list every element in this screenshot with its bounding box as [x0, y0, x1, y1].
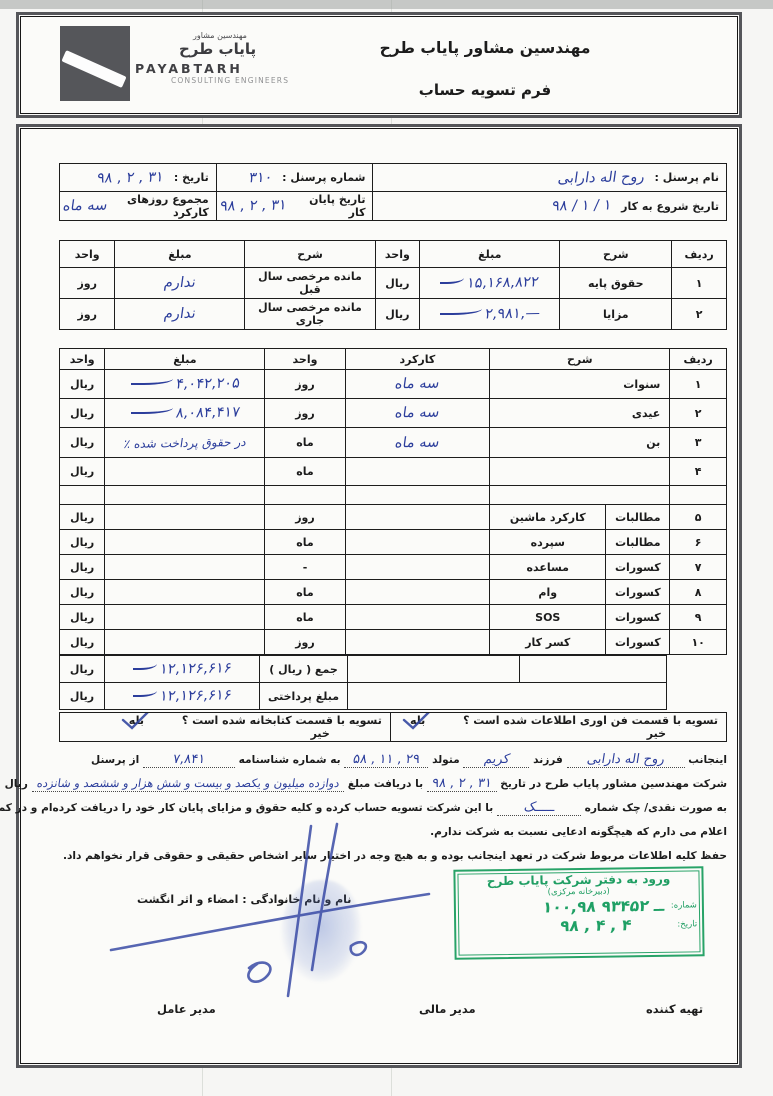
bon-amount-note: در حقوق پرداخت شده ٪ — [123, 434, 248, 450]
col-desc: شرح — [490, 349, 670, 370]
table-header-row: ردیف شرح مبلغ واحد شرح مبلغ واحد — [60, 241, 727, 268]
total-label: جمع ( ریال ) — [260, 656, 348, 683]
company-logo-icon — [60, 26, 130, 101]
eydi-amount: ۸,۰۸۴,۴۱۷ — [174, 404, 240, 421]
totals-table: جمع ( ریال ) ۱۲,۱۲۶,۶۱۶ ریال مبلغ پرداخت… — [59, 655, 667, 710]
table-row: ۵ مطالبات کارکرد ماشین روز ریال — [60, 505, 727, 530]
work-duration: سه ماه — [394, 376, 441, 393]
logo-en-name: PAYABTARH — [135, 61, 307, 76]
form-title: فرم تسویه حساب — [305, 81, 665, 99]
date-value: ۹۸ , ۲ , ۳۱ — [96, 169, 165, 186]
table-row: ۲ عیدی سه ماه روز ۸,۰۸۴,۴۱۷ ریال — [60, 399, 727, 428]
table-row: تاریخ شروع به کار۹۸ / ۱ / ۱ تاریخ پایان … — [60, 192, 727, 221]
col-unit: واحد — [60, 241, 115, 268]
table-header-row: ردیف شرح کارکرد واحد مبلغ واحد — [60, 349, 727, 370]
paid-unit: ریال — [60, 683, 105, 710]
declaration-line: شرکت مهندسین مشاور پایاب طرح در تاریخ ۹۸… — [59, 772, 727, 796]
work-duration: سه ماه — [394, 405, 441, 422]
table-row: ۶ مطالبات سپرده ماه ریال — [60, 530, 727, 555]
workdays-label: مجموع روزهای کارکرد — [117, 193, 208, 219]
paid-label: مبلغ پرداختی — [260, 683, 348, 710]
base-salary-amount: ۱۵,۱۶۸,۸۲۲ — [466, 274, 540, 291]
table-row: نام پرسنل :روح اله دارابی شماره پرسنل :۳… — [60, 164, 727, 192]
company-title: مهندسین مشاور پایاب طرح — [305, 39, 665, 57]
prev-leave-value: ندارم — [163, 275, 197, 292]
personnel-name-value: روح اله دارابی — [557, 169, 646, 187]
spacer-row — [60, 486, 727, 505]
col-amount: مبلغ — [105, 349, 265, 370]
personnel-name-label: نام پرسنل : — [655, 171, 719, 184]
logo-en-subtitle: CONSULTING ENGINEERS — [135, 76, 307, 85]
col-row: ردیف — [670, 349, 727, 370]
total-amount: ۱۲,۱۲۶,۶۱۶ — [159, 660, 233, 677]
library-clearance-question: تسویه با قسمت کتابخانه شده است ؟ بله خیر — [60, 713, 391, 742]
checkmark-icon — [401, 713, 435, 732]
company-logo-text: مهندسین مشاور پایاب طرح PAYABTARH CONSUL… — [135, 31, 307, 85]
preparer-label: تهیه کننده — [646, 1002, 703, 1016]
stamp-date-value: ۹۸ , ۴ , ۴ — [559, 916, 632, 935]
father-name: کریم — [482, 753, 510, 767]
form-header: مهندسین مشاور پایاب طرح PAYABTARH CONSUL… — [16, 12, 742, 118]
personnel-no-label: شماره پرسنل : — [282, 171, 365, 184]
col-row: ردیف — [672, 241, 727, 268]
logo-fa-small: مهندسین مشاور — [135, 31, 307, 40]
col-work: کارکرد — [345, 349, 490, 370]
total-row: جمع ( ریال ) ۱۲,۱۲۶,۶۱۶ ریال — [60, 656, 667, 683]
current-leave-value: ندارم — [163, 306, 197, 323]
col-amount: مبلغ — [115, 241, 245, 268]
birth-date: ۵۸ , ۱۱ , ۲۹ — [352, 753, 421, 767]
clearance-questions: تسویه با قسمت فن اوری اطلاعات شده است ؟ … — [59, 712, 727, 742]
personnel-info-table: نام پرسنل :روح اله دارابی شماره پرسنل :۳… — [59, 163, 727, 221]
it-clearance-question: تسویه با قسمت فن اوری اطلاعات شده است ؟ … — [390, 713, 726, 742]
table-row: ۲ مزایا ۲,۹۸۱,— ریال مانده مرخصی سال جار… — [60, 299, 727, 330]
logo-fa-name: پایاب طرح — [135, 40, 307, 58]
office-entry-stamp: ورود به دفتر شرکت پایاب طرح (دبیرخانه مر… — [453, 866, 704, 959]
stamp-date-label: تاریخ: — [677, 919, 697, 929]
seniority-amount: ۴,۰۴۲,۲۰۵ — [174, 375, 240, 392]
workdays-value: سه ماه — [62, 198, 109, 215]
start-date-label: تاریخ شروع به کار — [621, 200, 719, 213]
yes-option: بله — [129, 714, 144, 727]
stamp-number-label: شماره: — [671, 900, 697, 910]
salary-leave-table: ردیف شرح مبلغ واحد شرح مبلغ واحد ۱ حقوق … — [59, 240, 727, 330]
col-unit: واحد — [60, 349, 105, 370]
table-row: ۹ کسورات SOS ماه ریال — [60, 605, 727, 630]
no-option: خیر — [311, 727, 330, 740]
declarant-name: روح اله دارابی — [586, 753, 666, 767]
col-unit: واحد — [375, 241, 420, 268]
end-date-value: ۹۸ , ۲ , ۳۱ — [219, 197, 288, 214]
declaration-line: به صورت نقدی/ چک شماره ـــــک با این شرک… — [59, 796, 727, 820]
id-number: ۷,۸۴۱ — [172, 753, 206, 767]
amount-in-words: دوازده میلیون و یکصد و بیست و شش هزار و … — [35, 776, 340, 790]
settlement-items-table: ردیف شرح کارکرد واحد مبلغ واحد ۱ سنوات س… — [59, 348, 727, 655]
paid-row: مبلغ پرداختی ۱۲,۱۲۶,۶۱۶ ریال — [60, 683, 667, 710]
checkmark-icon — [120, 713, 154, 732]
end-date-label: تاریخ پایان کار — [296, 193, 365, 219]
table-row: ۸ کسورات وام ماه ریال — [60, 580, 727, 605]
cheque-number-scribble: ـــــک — [522, 801, 555, 815]
total-unit: ریال — [60, 656, 105, 683]
table-row: ۴ ماه ریال — [60, 458, 727, 486]
scan-edge-band — [0, 0, 773, 9]
start-date-value: ۹۸ / ۱ / ۱ — [551, 197, 613, 214]
benefits-amount: ۲,۹۸۱,— — [484, 306, 541, 323]
table-row: ۱ سنوات سه ماه روز ۴,۰۴۲,۲۰۵ ریال — [60, 370, 727, 399]
col-desc: شرح — [560, 241, 672, 268]
yes-option: بله — [410, 714, 425, 727]
table-row: ۷ کسورات مساعده - ریال — [60, 555, 727, 580]
col-desc: شرح — [245, 241, 375, 268]
paid-amount: ۱۲,۱۲۶,۶۱۶ — [159, 687, 233, 704]
form-body: نام پرسنل :روح اله دارابی شماره پرسنل :۳… — [16, 124, 742, 1068]
declaration-line: اینجانب روح اله دارابی فرزند کریم متولد … — [59, 748, 727, 772]
work-duration: سه ماه — [394, 434, 441, 451]
personnel-no-value: ۳۱۰ — [248, 169, 274, 185]
settlement-date: ۹۸ , ۲ , ۳۱ — [431, 777, 493, 791]
signature-ink — [99, 818, 439, 1003]
date-label: تاریخ : — [174, 171, 209, 184]
no-option: خیر — [647, 727, 666, 740]
ceo-label: مدیر عامل — [157, 1002, 216, 1016]
table-row: ۱ حقوق پایه ۱۵,۱۶۸,۸۲۲ ریال مانده مرخصی … — [60, 268, 727, 299]
col-unit: واحد — [265, 349, 345, 370]
table-row: ۳ بن سه ماه ماه در حقوق پرداخت شده ٪ ریا… — [60, 428, 727, 458]
finance-manager-label: مدیر مالی — [419, 1002, 476, 1016]
table-row: ۱۰ کسورات کسر کار روز ریال — [60, 630, 727, 655]
stamp-number-value: ۱۰۰,۹۸ ــ ۹۳۴۵۲ — [542, 897, 666, 917]
col-amount: مبلغ — [420, 241, 560, 268]
